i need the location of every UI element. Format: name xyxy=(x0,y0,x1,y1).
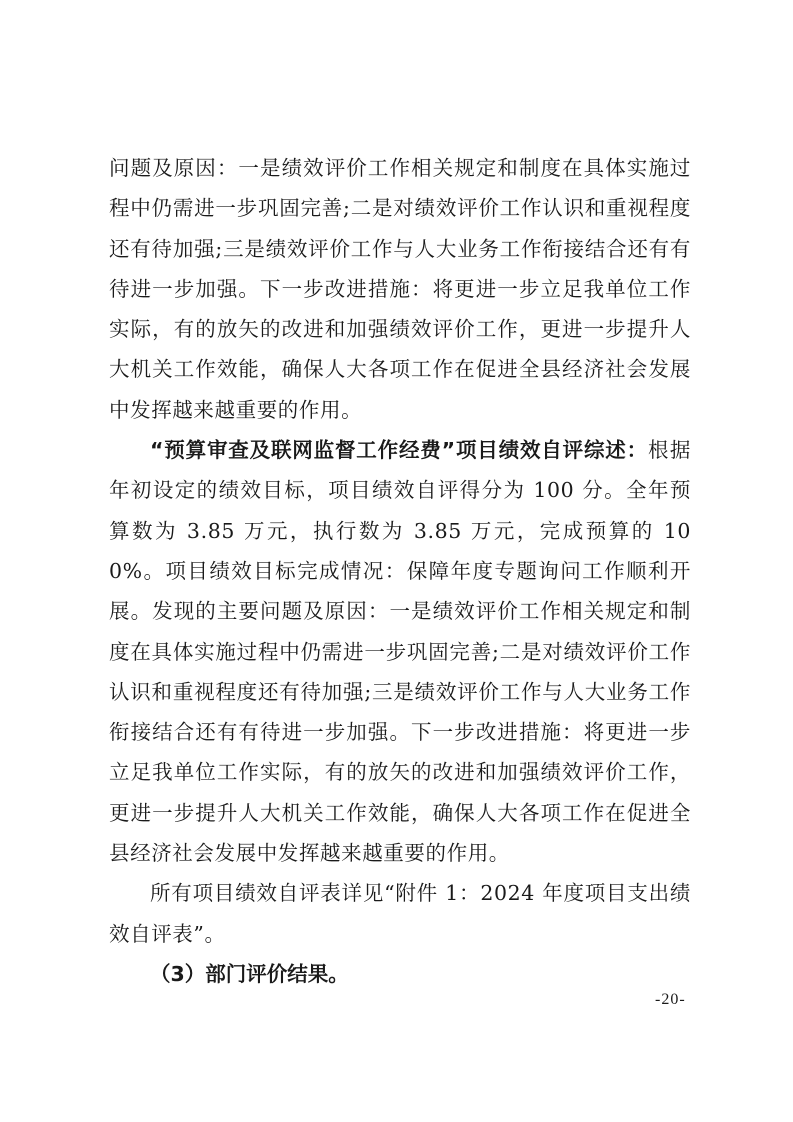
paragraph-text: 根据年初设定的绩效目标，项目绩效自评得分为 100 分。全年预算数为 3.85 … xyxy=(109,438,691,865)
paragraph-attachment-reference: 所有项目绩效自评表详见“附件 1：2024 年度项目支出绩效自评表”。 xyxy=(109,873,691,954)
section-heading-department-evaluation: （3）部门评价结果。 xyxy=(109,954,691,994)
paragraph-text: 所有项目绩效自评表详见“附件 1：2024 年度项目支出绩效自评表”。 xyxy=(109,881,691,945)
page-number: -20- xyxy=(655,991,686,1009)
document-page: 问题及原因：一是绩效评价工作相关规定和制度在具体实施过程中仍需进一步巩固完善;二… xyxy=(109,148,691,994)
paragraph-text: 问题及原因：一是绩效评价工作相关规定和制度在具体实施过程中仍需进一步巩固完善;二… xyxy=(109,156,691,422)
paragraph-problems-continued: 问题及原因：一是绩效评价工作相关规定和制度在具体实施过程中仍需进一步巩固完善;二… xyxy=(109,148,691,430)
project-summary-title: “预算审查及联网监督工作经费”项目绩效自评综述： xyxy=(150,438,648,462)
paragraph-project-summary: “预算审查及联网监督工作经费”项目绩效自评综述：根据年初设定的绩效目标，项目绩效… xyxy=(109,430,691,873)
